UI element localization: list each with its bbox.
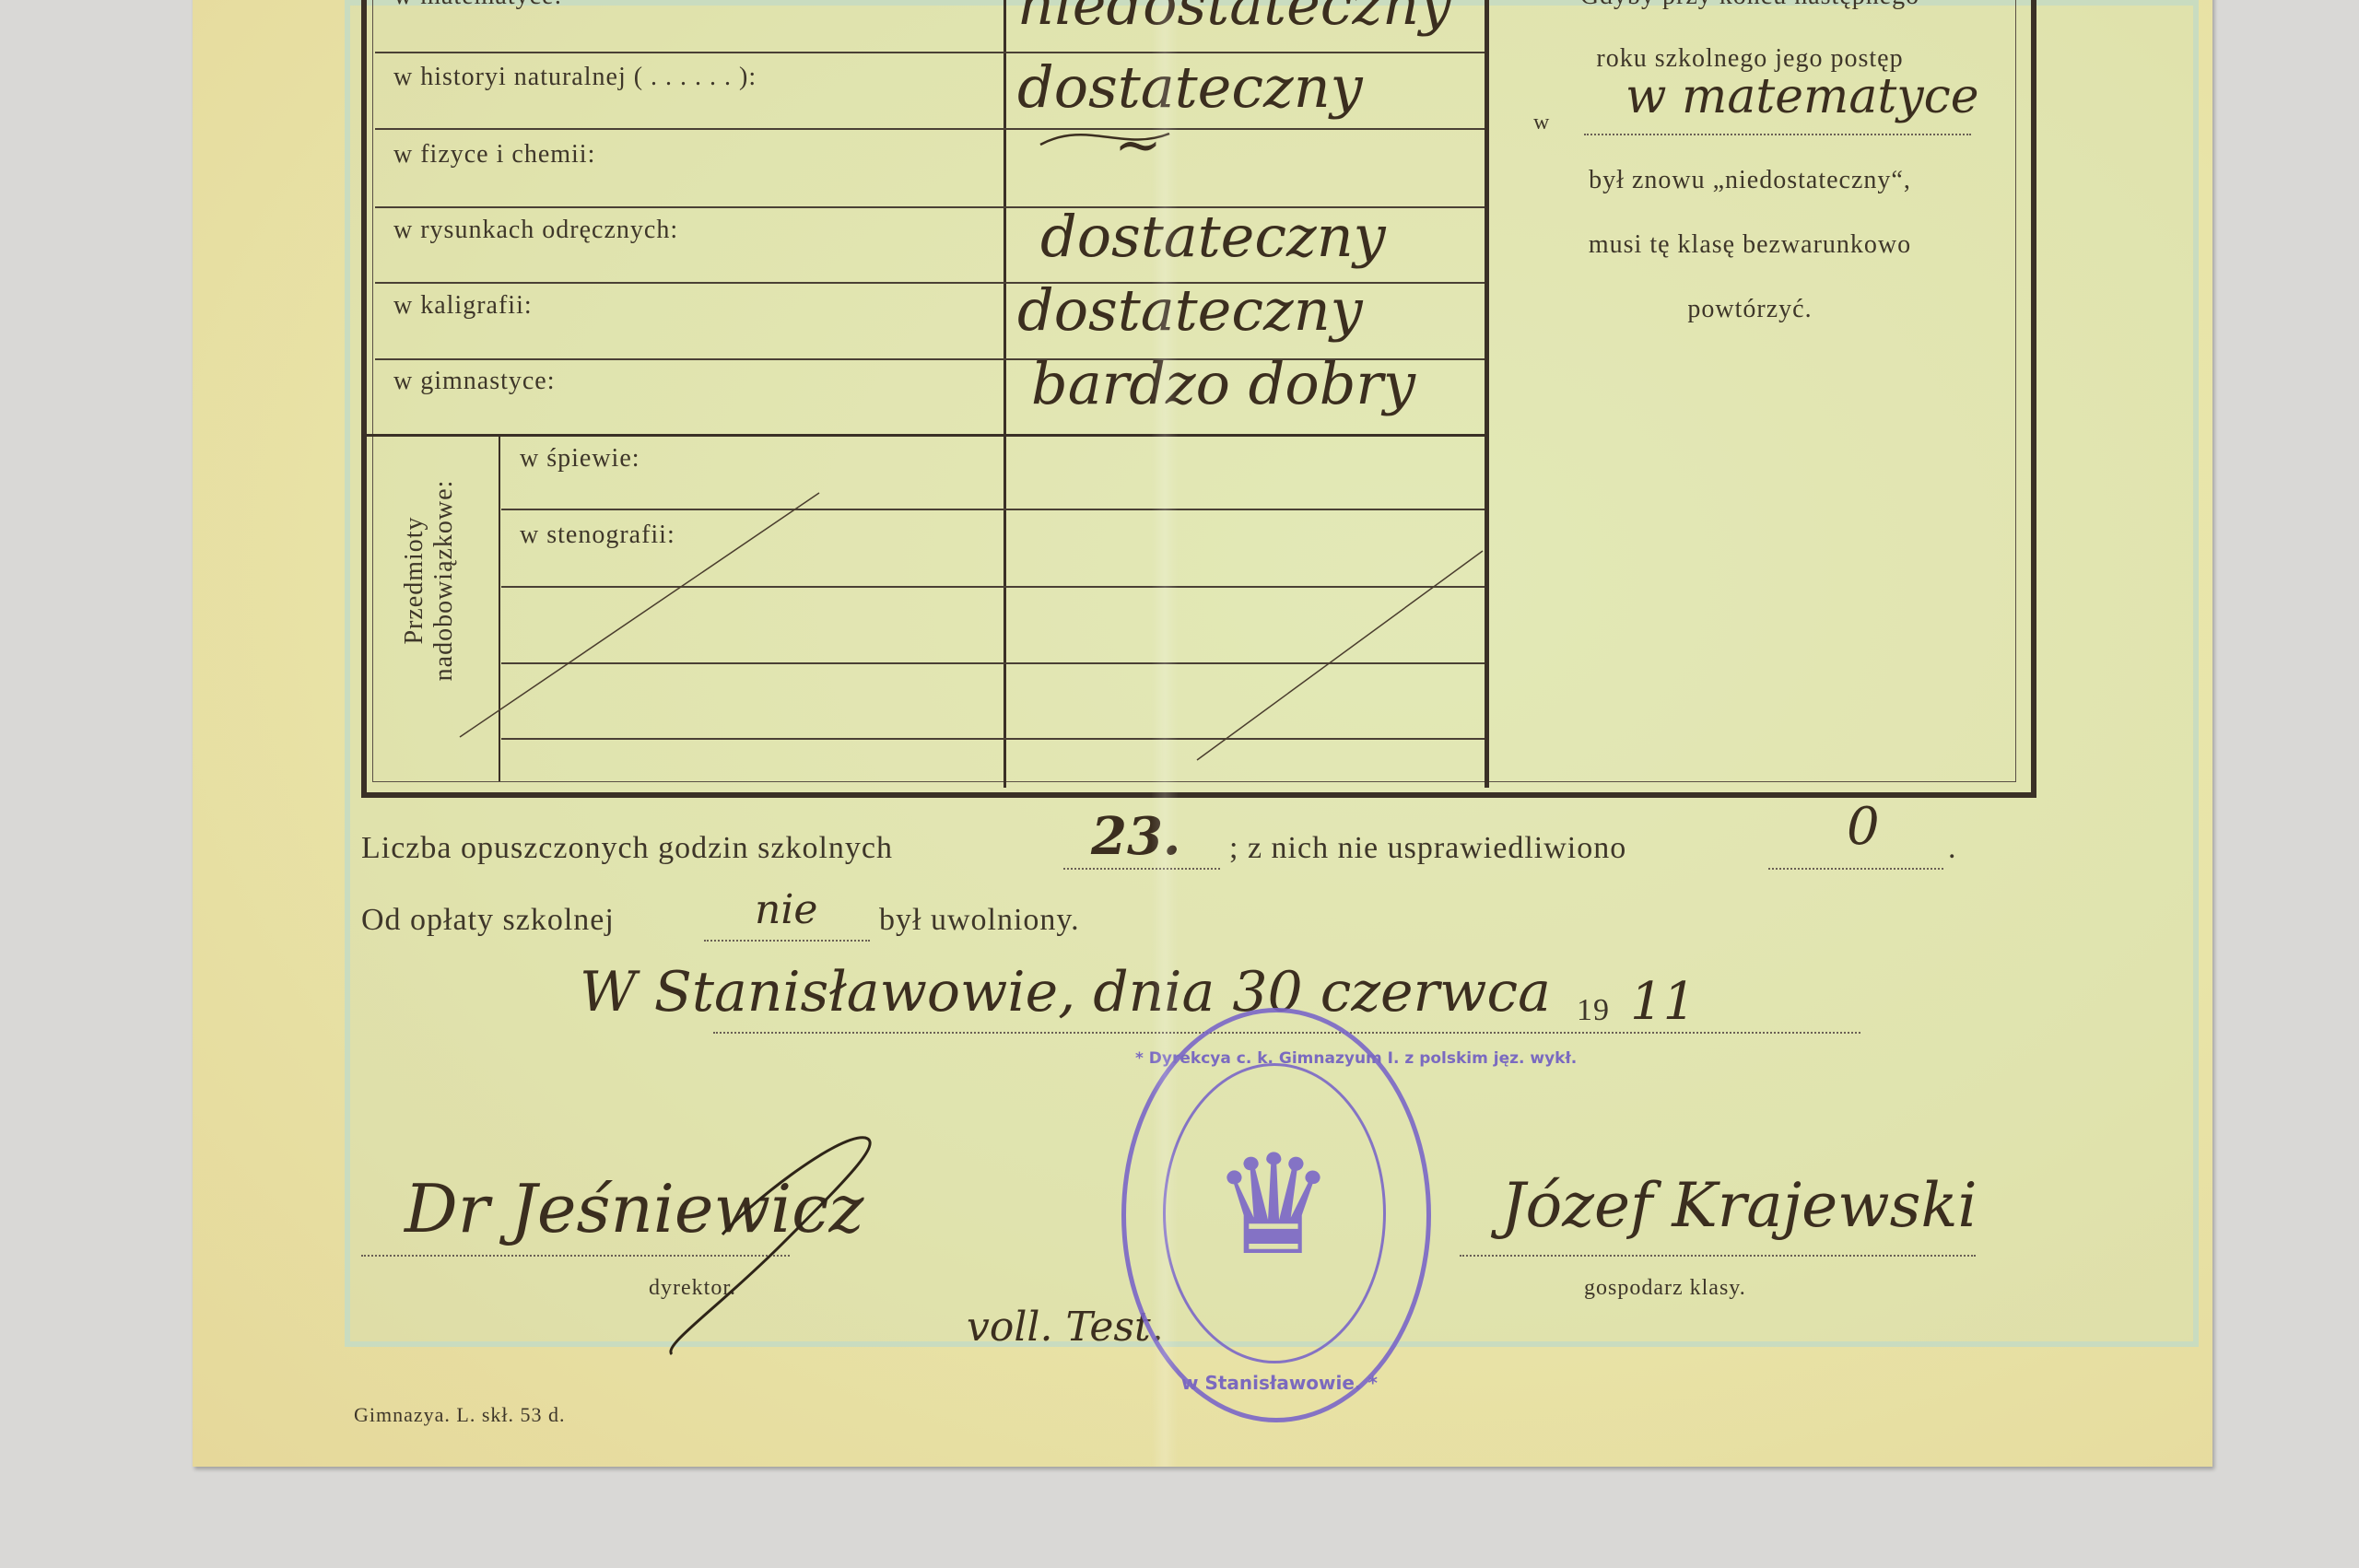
director-flourish bbox=[635, 1124, 911, 1363]
year-suffix: 11 bbox=[1630, 972, 1696, 1032]
class-teacher-signature: Józef Krajewski bbox=[1501, 1170, 1978, 1241]
hours-dotted-line bbox=[1063, 868, 1220, 870]
absences-label: Liczba opuszczonych godzin szkolnych bbox=[361, 831, 893, 866]
fees-dotted-line bbox=[704, 940, 870, 942]
unexcused-dotted-line bbox=[1768, 868, 1943, 870]
strike-lines bbox=[193, 0, 1501, 792]
note-line-1: Gdyby przy końcu następnego bbox=[1501, 0, 1999, 11]
absences-end: . bbox=[1948, 831, 1957, 866]
extra-annotation: voll. Test. bbox=[967, 1304, 1164, 1351]
year-prefix: 19 bbox=[1577, 993, 1610, 1028]
place-date: W Stanisławowie, dnia 30 czerwca bbox=[580, 960, 1551, 1024]
hours-missed: 23. bbox=[1091, 806, 1180, 867]
double-headed-eagle-icon: ♛ bbox=[1181, 1100, 1366, 1312]
note-handwritten-subject: w matematyce bbox=[1625, 69, 1979, 124]
fees-value: nie bbox=[755, 886, 817, 933]
note-line-3: był znowu „niedostateczny“, bbox=[1501, 166, 1999, 195]
stamp-text-top: * Dyrekcya c. k. Gimnazyum I. z polskim … bbox=[1135, 1049, 1412, 1068]
note-line-4: musi tę klasę bezwarunkowo bbox=[1501, 230, 1999, 260]
fees-label: Od opłaty szkolnej bbox=[361, 903, 615, 938]
stamp-text-bottom: w Stanisławowie. * bbox=[1181, 1372, 1366, 1394]
note-dotted-line bbox=[1584, 134, 1971, 135]
unexcused-value: 0 bbox=[1847, 797, 1880, 857]
unexcused-label: ; z nich nie usprawiedliwiono bbox=[1229, 831, 1626, 866]
teacher-signature-line bbox=[1460, 1255, 1976, 1257]
fees-end: był uwolniony. bbox=[879, 903, 1080, 938]
print-code: Gimnazya. L. skł. 53 d. bbox=[354, 1403, 566, 1427]
note-line-5: powtórzyć. bbox=[1501, 295, 1999, 324]
class-teacher-role: gospodarz klasy. bbox=[1584, 1276, 1746, 1301]
official-stamp: ♛ * Dyrekcya c. k. Gimnazyum I. z polski… bbox=[1121, 1008, 1431, 1422]
note-w-prefix: w bbox=[1533, 111, 1550, 135]
certificate-paper: w matematyce: niedostateczny w historyi … bbox=[193, 0, 2212, 1467]
